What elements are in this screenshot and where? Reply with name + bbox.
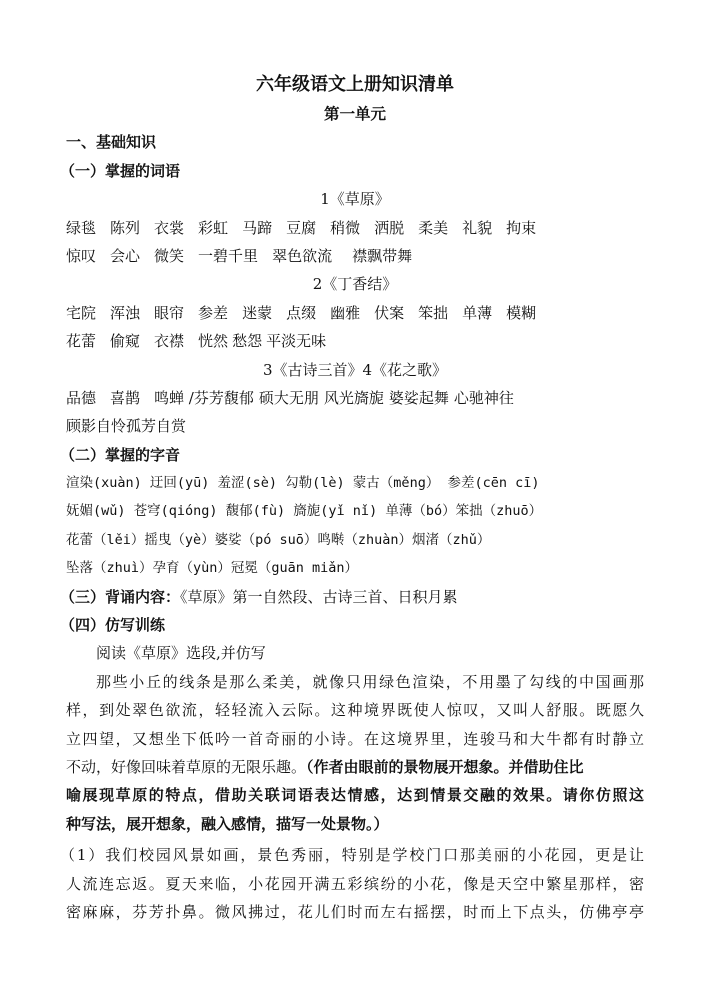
word-row: 宅院浑浊眼帘参差迷蒙点缀幽雅伏案笨拙单薄模糊: [66, 299, 644, 327]
word: 鸣蝉 /芬芳馥郁: [154, 384, 254, 412]
answer-line: 密麻麻，芬芳扑鼻。微风拂过，花儿们时而左右摇摆，时而上下点头，仿佛亭亭: [66, 898, 644, 926]
lesson-title: 3《古诗三首》4《花之歌》: [66, 356, 644, 384]
pronunciation-line: 渲染(xuàn) 迂回(yū) 羞涩(sè) 勾勒(lè) 蒙古（měng） 参…: [66, 469, 644, 497]
passage-text: 不动，好像回味着草原的无限乐趣。: [66, 758, 306, 776]
word: 顾影自怜孤芳自赏: [66, 412, 186, 440]
answer-line: （1）我们校园风景如画，景色秀丽，特别是学校门口那美丽的小花园，更是让: [60, 841, 644, 869]
word: 风光旖旎: [324, 384, 384, 412]
word-row: 绿毯陈列衣裳彩虹马蹄豆腐稍微洒脱柔美礼貌拘束: [66, 214, 644, 242]
passage: 那些小丘的线条是那么柔美，就像只用绿色渲染，不用墨了勾线的中国画那 样，到处翠色…: [66, 668, 644, 838]
word: 眼帘: [154, 299, 184, 327]
section-heading-basics: 一、基础知识: [66, 128, 644, 156]
subsection-heading-recitation: （三）背诵内容：: [60, 588, 180, 606]
word-row: 花蕾偷窥衣襟恍然愁怨平淡无味: [66, 327, 644, 355]
document-page: 六年级语文上册知识清单 第一单元 一、基础知识 （一）掌握的词语 1《草原》 绿…: [66, 70, 644, 926]
word: 迷蒙: [242, 299, 272, 327]
word: 婆娑起舞: [389, 384, 449, 412]
word: 稍微: [330, 214, 360, 242]
passage-line: 那些小丘的线条是那么柔美，就像只用绿色渲染，不用墨了勾线的中国画那: [66, 668, 644, 696]
lesson-title: 1《草原》: [66, 185, 644, 213]
word: 愁怨: [232, 327, 262, 355]
passage-line: 不动，好像回味着草原的无限乐趣。（作者由眼前的景物展开想象。并借助住比: [66, 753, 644, 781]
word: 会心: [110, 242, 140, 270]
word: 恍然: [198, 327, 228, 355]
word: 点缀: [286, 299, 316, 327]
passage-line: 样，到处翠色欲流，轻轻流入云际。这种境界既使人惊叹，又叫人舒服。既愿久: [66, 696, 644, 724]
word: 马蹄: [242, 214, 272, 242]
word: 一碧千里: [198, 242, 258, 270]
word: 花蕾: [66, 327, 96, 355]
answer-line: 人流连忘返。夏天来临，小花园开满五彩缤纷的小花，像是天空中繁星那样，密: [66, 870, 644, 898]
word: 衣襟: [154, 327, 184, 355]
sample-answer: （1）我们校园风景如画，景色秀丽，特别是学校门口那美丽的小花园，更是让 人流连忘…: [66, 841, 644, 926]
word: 模糊: [506, 299, 536, 327]
imitation-instruction: 阅读《草原》选段,并仿写: [66, 639, 644, 667]
word: 幽雅: [330, 299, 360, 327]
word: 单薄: [462, 299, 492, 327]
word: 豆腐: [286, 214, 316, 242]
word: 洒脱: [374, 214, 404, 242]
writing-hint: 喻展现草原的特点，借助关联词语表达情感，达到情景交融的效果。请你仿照这: [66, 781, 644, 809]
word: 平淡无味: [266, 327, 326, 355]
word: 绿毯: [66, 214, 96, 242]
subsection-heading-imitation: （四）仿写训练: [60, 611, 644, 639]
word: 笨拙: [418, 299, 448, 327]
writing-hint: （作者由眼前的景物展开想象。并借助住比: [306, 758, 584, 776]
word: 品德: [66, 384, 96, 412]
word: 微笑: [154, 242, 184, 270]
word: 礼貌: [462, 214, 492, 242]
recitation-line: （三）背诵内容：《草原》第一自然段、古诗三首、日积月累: [60, 583, 644, 611]
subsection-heading-words: （一）掌握的词语: [60, 157, 644, 185]
word: 伏案: [374, 299, 404, 327]
passage-line: 立四望，又想坐下低吟一首奇丽的小诗。在这境界里，连骏马和大牛都有时静立: [66, 725, 644, 753]
word: 陈列: [110, 214, 140, 242]
document-title: 六年级语文上册知识清单: [66, 70, 644, 100]
word: 浑浊: [110, 299, 140, 327]
lesson-title: 2《丁香结》: [66, 270, 644, 298]
recitation-content: 《草原》第一自然段、古诗三首、日积月累: [180, 588, 458, 606]
unit-title: 第一单元: [66, 100, 644, 128]
writing-hint: 种写法，展开想象，融入感情，描写一处景物。）: [66, 810, 644, 838]
word: 襟飘带舞: [352, 242, 412, 270]
word: 彩虹: [198, 214, 228, 242]
word-row: 顾影自怜孤芳自赏: [66, 412, 644, 440]
word-row: 惊叹会心微笑一碧千里翠色欲流襟飘带舞: [66, 242, 644, 270]
word: 衣裳: [154, 214, 184, 242]
word: 拘束: [506, 214, 536, 242]
pronunciation-line: 坠落（zhuì）孕育（yùn）冠冕（guān miǎn）: [66, 554, 644, 582]
word: 翠色欲流: [272, 242, 332, 270]
word: 硕大无朋: [259, 384, 319, 412]
pronunciation-line: 花蕾（lěi）摇曳（yè）婆娑（pó suō）鸣啭（zhuàn）烟渚（zhǔ）: [66, 526, 644, 554]
word: 心驰神往: [454, 384, 514, 412]
word: 宅院: [66, 299, 96, 327]
subsection-heading-pronunciation: （二）掌握的字音: [60, 441, 644, 469]
word: 柔美: [418, 214, 448, 242]
word: 参差: [198, 299, 228, 327]
word: 喜鹊: [110, 384, 140, 412]
word: 惊叹: [66, 242, 96, 270]
word-row: 品德喜鹊鸣蝉 /芬芳馥郁硕大无朋风光旖旎婆娑起舞心驰神往: [66, 384, 644, 412]
pronunciation-line: 妩媚(wǔ) 苍穹(qióng) 馥郁(fù) 旖旎(yǐ nǐ) 单薄（bó）…: [66, 497, 644, 525]
word: 偷窥: [110, 327, 140, 355]
